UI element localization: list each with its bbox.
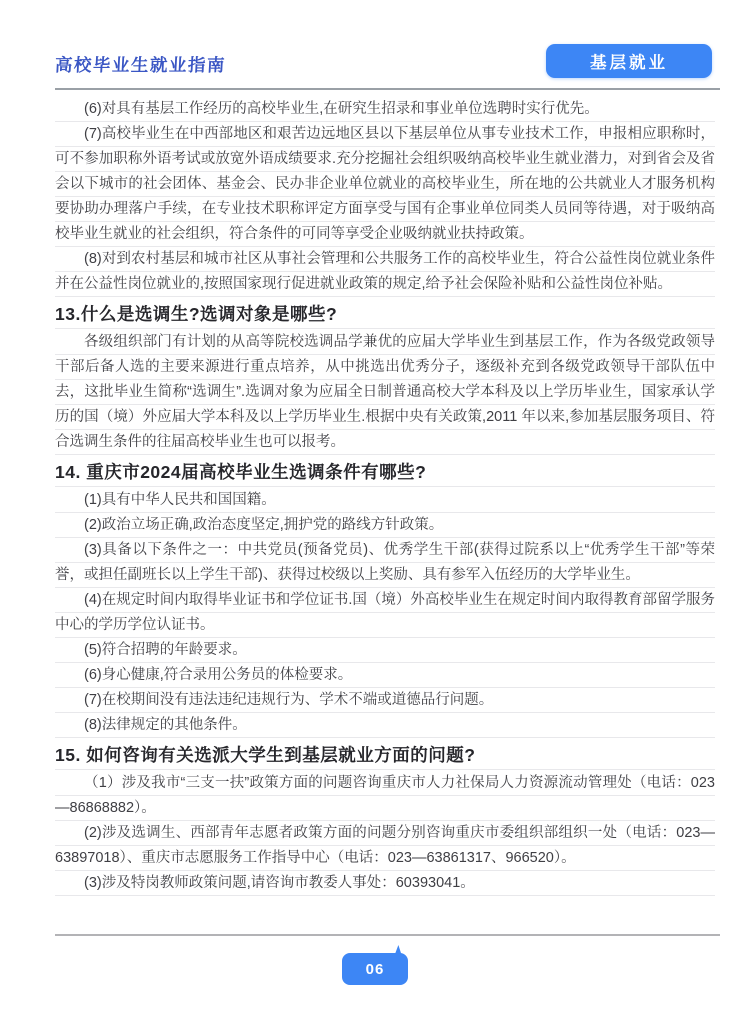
section-heading: 14. 重庆市2024届高校毕业生选调条件有哪些? — [55, 457, 715, 487]
body-paragraph: (2)涉及选调生、西部青年志愿者政策方面的问题分别咨询重庆市委组织部组织一处（电… — [55, 821, 715, 871]
category-badge: 基层就业 — [546, 44, 712, 78]
page-header: 高校毕业生就业指南 基层就业 — [55, 44, 712, 88]
body-paragraph: (3)具备以下条件之一：中共党员(预备党员)、优秀学生干部(获得过院系以上“优秀… — [55, 538, 715, 588]
body-paragraph: (1)具有中华人民共和国国籍。 — [55, 488, 715, 513]
header-divider — [55, 88, 720, 90]
body-paragraph: (4)在规定时间内取得毕业证书和学位证书.国（境）外高校毕业生在规定时间内取得教… — [55, 588, 715, 638]
document-page: 高校毕业生就业指南 基层就业 (6)对具有基层工作经历的高校毕业生,在研究生招录… — [0, 0, 750, 1018]
body-paragraph: (8)对到农村基层和城市社区从事社会管理和公共服务工作的高校毕业生，符合公益性岗… — [55, 247, 715, 297]
body-paragraph: (7)高校毕业生在中西部地区和艰苦边远地区县以下基层单位从事专业技术工作，申报相… — [55, 122, 715, 247]
body-paragraph: (3)涉及特岗教师政策问题,请咨询市教委人事处：60393041。 — [55, 871, 715, 896]
page-number-badge: 06 — [342, 953, 408, 985]
body-paragraph: (6)身心健康,符合录用公务员的体检要求。 — [55, 663, 715, 688]
content: (6)对具有基层工作经历的高校毕业生,在研究生招录和事业单位选聘时实行优先。(7… — [55, 97, 715, 896]
footer-divider — [55, 934, 720, 936]
page-title: 高校毕业生就业指南 — [54, 52, 226, 77]
body-paragraph: 各级组织部门有计划的从高等院校选调品学兼优的应届大学毕业生到基层工作，作为各级党… — [55, 330, 715, 455]
body-paragraph: (8)法律规定的其他条件。 — [55, 713, 715, 738]
section-heading: 15. 如何咨询有关选派大学生到基层就业方面的问题? — [55, 740, 715, 770]
body-paragraph: (5)符合招聘的年龄要求。 — [55, 638, 715, 663]
body-paragraph: (2)政治立场正确,政治态度坚定,拥护党的路线方针政策。 — [55, 513, 715, 538]
body-paragraph: (7)在校期间没有违法违纪违规行为、学术不端或道德品行问题。 — [55, 688, 715, 713]
section-heading: 13.什么是选调生?选调对象是哪些? — [55, 299, 715, 329]
body-paragraph: （1）涉及我市“三支一扶”政策方面的问题咨询重庆市人力社保局人力资源流动管理处（… — [55, 771, 715, 821]
body-paragraph: (6)对具有基层工作经历的高校毕业生,在研究生招录和事业单位选聘时实行优先。 — [55, 97, 715, 122]
